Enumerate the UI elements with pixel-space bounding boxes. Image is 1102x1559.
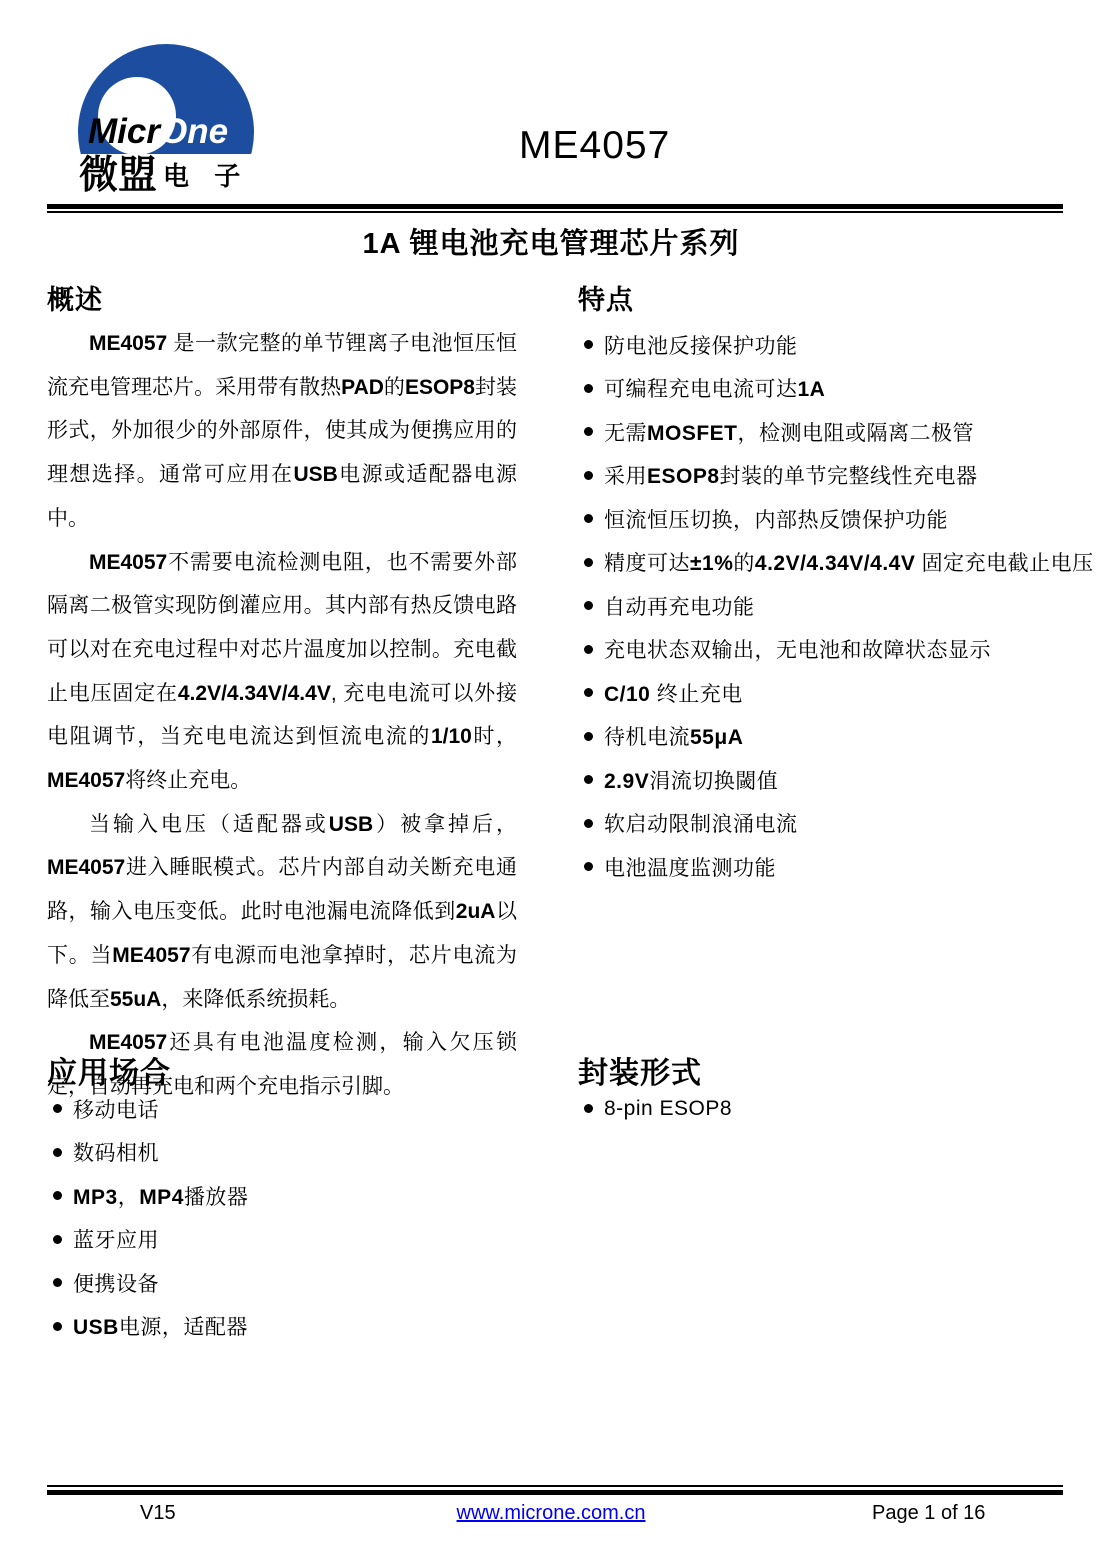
feature-list-item: 充电状态双输出，无电池和故障状态显示 bbox=[584, 628, 1074, 672]
bullet-icon bbox=[584, 688, 593, 697]
feature-item-label: 可编程充电电流可达1A bbox=[604, 373, 825, 403]
header-rule-thick bbox=[47, 204, 1063, 209]
application-item-label: MP3，MP4播放器 bbox=[73, 1181, 248, 1211]
package-item-label: 8-pin ESOP8 bbox=[604, 1097, 732, 1121]
feature-list-item: 无需MOSFET，检测电阻或隔离二极管 bbox=[584, 410, 1074, 454]
feature-list-item: 软启动限制浪涌电流 bbox=[584, 802, 1074, 846]
overview-heading: 概述 bbox=[47, 278, 103, 317]
feature-list-item: 自动再充电功能 bbox=[584, 584, 1074, 628]
bullet-icon bbox=[53, 1278, 62, 1287]
feature-item-label: 自动再充电功能 bbox=[604, 591, 755, 621]
features-list: 防电池反接保护功能 可编程充电电流可达1A 无需MOSFET，检测电阻或隔离二极… bbox=[584, 323, 1074, 889]
application-item-label: 蓝牙应用 bbox=[73, 1224, 159, 1254]
footer-page-number: Page 1 of 16 bbox=[872, 1502, 985, 1525]
part-number-title: ME4057 bbox=[519, 124, 670, 168]
application-list-item: MP3，MP4播放器 bbox=[53, 1174, 523, 1218]
overview-paragraph: ME4057不需要电流检测电阻，也不需要外部隔离二极管实现防倒灌应用。其内部有热… bbox=[47, 541, 517, 803]
feature-list-item: C/10 终止充电 bbox=[584, 671, 1074, 715]
feature-item-label: 采用ESOP8封装的单节完整线性充电器 bbox=[604, 460, 978, 490]
header-rule-thin bbox=[47, 211, 1063, 213]
application-item-label: USB电源，适配器 bbox=[73, 1311, 248, 1341]
feature-list-item: 防电池反接保护功能 bbox=[584, 323, 1074, 367]
bullet-icon bbox=[584, 340, 593, 349]
company-logo: MicrOne 微盟电 子 bbox=[75, 42, 275, 197]
bullet-icon bbox=[584, 601, 593, 610]
bullet-icon bbox=[584, 775, 593, 784]
package-list: 8-pin ESOP8 bbox=[584, 1087, 1054, 1131]
bullet-icon bbox=[53, 1104, 62, 1113]
footer-rule-thick bbox=[47, 1490, 1063, 1495]
logo-brand-zh-suffix: 电 子 bbox=[163, 161, 249, 191]
bullet-icon bbox=[584, 1104, 593, 1113]
feature-list-item: 采用ESOP8封装的单节完整线性充电器 bbox=[584, 454, 1074, 498]
bullet-icon bbox=[53, 1322, 62, 1331]
features-heading: 特点 bbox=[578, 278, 634, 317]
application-item-label: 便携设备 bbox=[73, 1268, 159, 1298]
feature-list-item: 2.9V涓流切换閾值 bbox=[584, 758, 1074, 802]
logo-brand-zh-main: 微盟 bbox=[79, 154, 157, 197]
bullet-icon bbox=[584, 645, 593, 654]
bullet-icon bbox=[584, 384, 593, 393]
feature-item-label: 电池温度监测功能 bbox=[604, 852, 776, 882]
overview-paragraph: ME4057 是一款完整的单节锂离子电池恒压恒流充电管理芯片。采用带有散热PAD… bbox=[47, 322, 517, 541]
bullet-icon bbox=[584, 819, 593, 828]
bullet-icon bbox=[584, 427, 593, 436]
application-item-label: 移动电话 bbox=[73, 1094, 159, 1124]
application-list-item: 蓝牙应用 bbox=[53, 1218, 523, 1262]
feature-item-label: 软启动限制浪涌电流 bbox=[604, 808, 798, 838]
feature-list-item: 可编程充电电流可达1A bbox=[584, 367, 1074, 411]
bullet-icon bbox=[584, 558, 593, 567]
feature-item-label: 无需MOSFET，检测电阻或隔离二极管 bbox=[604, 417, 974, 447]
website-link[interactable]: www.microne.com.cn bbox=[457, 1502, 646, 1524]
package-heading: 封装形式 bbox=[578, 1048, 702, 1092]
feature-item-label: 恒流恒压切换，内部热反馈保护功能 bbox=[604, 504, 948, 534]
bullet-icon bbox=[584, 514, 593, 523]
application-list-item: 移动电话 bbox=[53, 1087, 523, 1131]
application-item-label: 数码相机 bbox=[73, 1137, 159, 1167]
document-subtitle: 1A 锂电池充电管理芯片系列 bbox=[0, 221, 1102, 262]
bullet-icon bbox=[584, 862, 593, 871]
bullet-icon bbox=[584, 732, 593, 741]
bullet-icon bbox=[53, 1191, 62, 1200]
feature-item-label: 待机电流55μA bbox=[604, 721, 743, 751]
feature-list-item: 恒流恒压切换，内部热反馈保护功能 bbox=[584, 497, 1074, 541]
feature-item-label: 防电池反接保护功能 bbox=[604, 330, 798, 360]
logo-brand-zh: 微盟电 子 bbox=[79, 144, 249, 200]
datasheet-page: MicrOne 微盟电 子 ME4057 1A 锂电池充电管理芯片系列 概述 特… bbox=[0, 0, 1102, 1559]
feature-item-label: 2.9V涓流切换閾值 bbox=[604, 765, 778, 795]
package-list-item: 8-pin ESOP8 bbox=[584, 1087, 1054, 1131]
footer-rule-thin bbox=[47, 1485, 1063, 1487]
feature-item-label: 精度可达±1%的4.2V/4.34V/4.4V 固定充电截止电压 bbox=[604, 547, 1094, 577]
application-list-item: 数码相机 bbox=[53, 1131, 523, 1175]
feature-list-item: 精度可达±1%的4.2V/4.34V/4.4V 固定充电截止电压 bbox=[584, 541, 1074, 585]
applications-list: 移动电话 数码相机 MP3，MP4播放器 蓝牙应用 便携设备 bbox=[53, 1087, 523, 1348]
feature-list-item: 电池温度监测功能 bbox=[584, 845, 1074, 889]
bullet-icon bbox=[584, 471, 593, 480]
application-list-item: 便携设备 bbox=[53, 1261, 523, 1305]
overview-body: ME4057 是一款完整的单节锂离子电池恒压恒流充电管理芯片。采用带有散热PAD… bbox=[47, 322, 517, 1109]
application-list-item: USB电源，适配器 bbox=[53, 1305, 523, 1349]
bullet-icon bbox=[53, 1235, 62, 1244]
feature-item-label: C/10 终止充电 bbox=[604, 678, 743, 708]
bullet-icon bbox=[53, 1148, 62, 1157]
feature-list-item: 待机电流55μA bbox=[584, 715, 1074, 759]
feature-item-label: 充电状态双输出，无电池和故障状态显示 bbox=[604, 634, 991, 664]
overview-paragraph: 当输入电压（适配器或USB）被拿掉后，ME4057进入睡眠模式。芯片内部自动关断… bbox=[47, 803, 517, 1022]
